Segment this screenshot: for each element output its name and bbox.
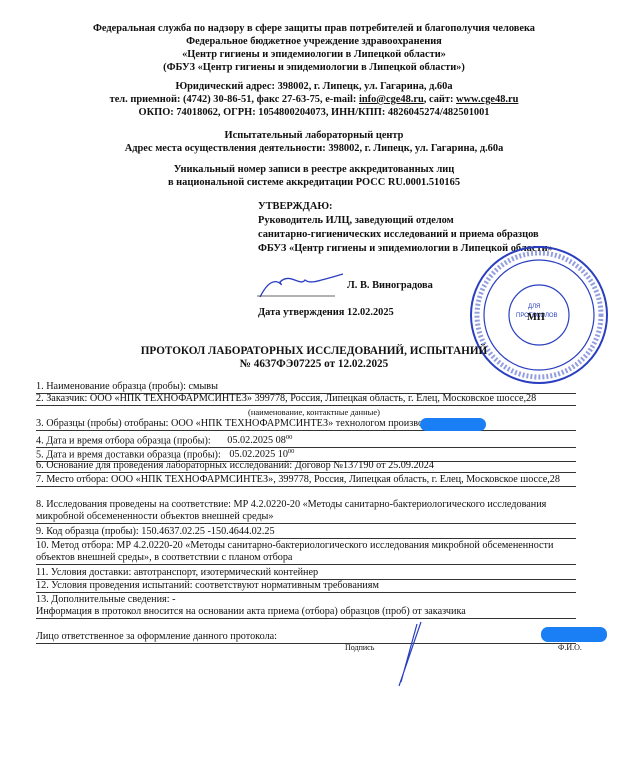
signature-caption: Подпись (345, 643, 374, 652)
lab-center: Испытательный лабораторный центр (0, 129, 628, 142)
org-codes: ОКПО: 74018062, ОГРН: 1054800204073, ИНН… (0, 106, 628, 119)
stamp-label: МП (527, 311, 545, 325)
contacts: тел. приемной: (4742) 30-86-51, факс 27-… (0, 93, 628, 106)
item-info-note: Информация в протокол вносится на основа… (36, 606, 576, 619)
customer-caption: (наименование, контактные данные) (0, 407, 628, 417)
redaction (541, 627, 607, 642)
signature-icon (255, 262, 345, 302)
item-standard: 8. Исследования проведены на соответстви… (36, 499, 576, 524)
protocol-number: № 4637ФЭ07225 от 12.02.2025 (0, 358, 628, 371)
item-basis: 6. Основание для проведения лабораторных… (36, 460, 576, 473)
header-line: «Центр гигиены и эпидемиологии в Липецко… (0, 48, 628, 61)
site-link[interactable]: www.cge48.ru (456, 94, 518, 105)
registry-line: в национальной системе аккредитации РОСС… (0, 176, 628, 189)
sampling-date-value: 05.02.2025 08 (227, 435, 286, 446)
responsible-label: Лицо ответственное за оформление данного… (36, 631, 576, 644)
item-sampling-place: 7. Место отбора: ООО «НПК ТЕХНОФАРМСИНТЕ… (36, 474, 576, 487)
item-sampling-method: 10. Метод отбора: МР 4.2.0220-20 «Методы… (36, 540, 576, 565)
signer-name: Л. В. Виноградова (347, 279, 433, 293)
svg-text:ДЛЯ: ДЛЯ (528, 304, 540, 310)
email-link[interactable]: info@cge48.ru (359, 94, 424, 105)
item-sampled-by: 3. Образцы (пробы) отобраны: ООО «НПК ТЕ… (36, 418, 576, 431)
item-sample-code: 9. Код образца (пробы): 150.4637.02.25 -… (36, 526, 576, 539)
header-line: Федеральное бюджетное учреждение здравоо… (0, 35, 628, 48)
site-prefix: , сайт: (424, 94, 456, 105)
activity-address: Адрес места осуществления деятельности: … (0, 142, 628, 155)
sampling-date-label: 4. Дата и время отбора образца (пробы): (36, 435, 211, 446)
redaction (420, 418, 486, 431)
approval-line: Руководитель ИЛЦ, заведующий отделом (258, 214, 454, 228)
protocol-title: ПРОТОКОЛ ЛАБОРАТОРНЫХ ИССЛЕДОВАНИЙ, ИСПЫ… (0, 345, 628, 358)
contacts-prefix: тел. приемной: (4742) 30-86-51, факс 27-… (110, 94, 359, 105)
item-customer: 2. Заказчик: ООО «НПК ТЕХНОФАРМСИНТЕЗ» 3… (36, 393, 576, 406)
sampling-time-sup: 00 (286, 434, 293, 441)
delivery-date-value: 05.02.2025 10 (229, 449, 288, 460)
header-line: Федеральная служба по надзору в сфере за… (0, 22, 628, 35)
approval-line: санитарно-гигиенических исследований и п… (258, 228, 539, 242)
legal-address: Юридический адрес: 398002, г. Липецк, ул… (0, 80, 628, 93)
registry-line: Уникальный номер записи в реестре аккред… (0, 163, 628, 176)
approval-heading: УТВЕРЖДАЮ: (258, 200, 333, 214)
item-additional: 13. Дополнительные сведения: - (36, 594, 176, 606)
header-line: (ФБУЗ «Центр гигиены и эпидемиологии в Л… (0, 61, 628, 74)
delivery-time-sup: 00 (288, 448, 295, 455)
signature-icon (395, 620, 425, 690)
delivery-date-label: 5. Дата и время доставки образца (пробы)… (36, 449, 221, 460)
item-delivery-conditions: 11. Условия доставки: автотранспорт, изо… (36, 567, 576, 580)
approval-date: Дата утверждения 12.02.2025 (258, 306, 394, 320)
item-test-conditions: 12. Условия проведения испытаний: соотве… (36, 580, 576, 593)
name-caption: Ф.И.О. (558, 643, 582, 652)
